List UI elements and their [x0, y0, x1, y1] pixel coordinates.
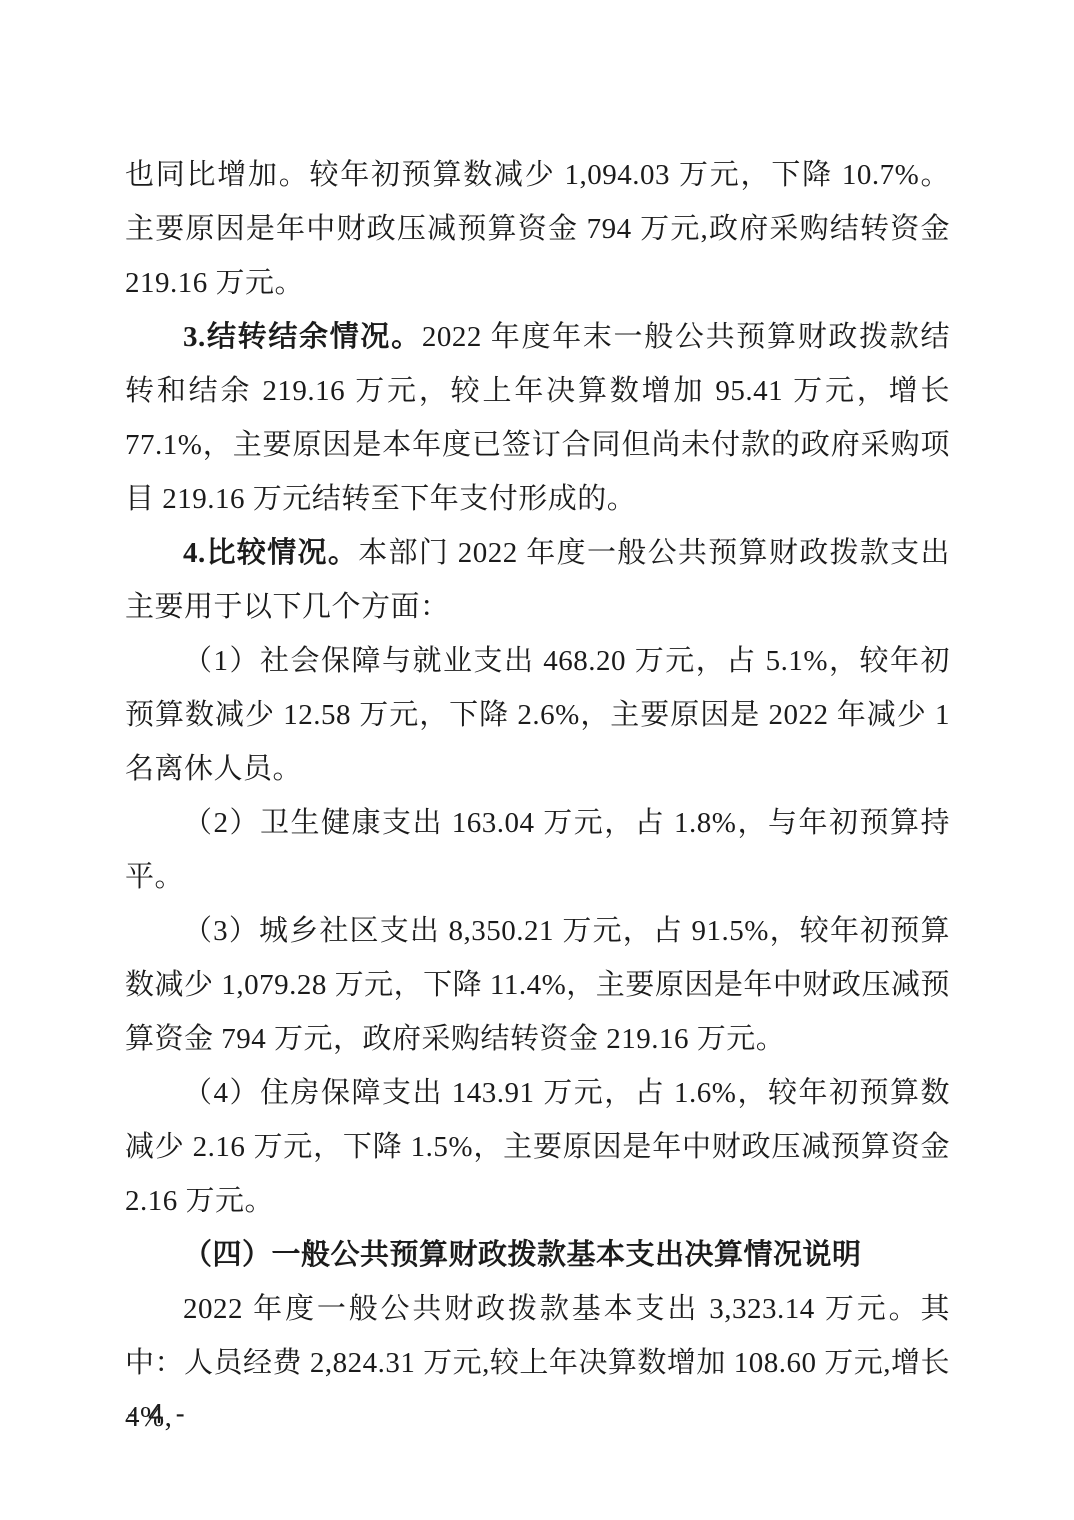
paragraph-item-4-housing-security: （4）住房保障支出 143.91 万元，占 1.6%，较年初预算数减少 2.16…	[125, 1066, 950, 1228]
paragraph-text: （2）卫生健康支出 163.04 万元，占 1.8%，与年初预算持平。	[125, 807, 950, 893]
paragraph-budget-decrease-continuation: 也同比增加。较年初预算数减少 1,094.03 万元，下降 10.7%。主要原因…	[125, 148, 950, 310]
paragraph-section-4-comparison: 4.比较情况。本部门 2022 年度一般公共预算财政拨款支出主要用于以下几个方面…	[125, 526, 950, 634]
paragraph-item-2-health: （2）卫生健康支出 163.04 万元，占 1.8%，与年初预算持平。	[125, 796, 950, 904]
paragraph-basic-expenditure-detail: 2022 年度一般公共财政拨款基本支出 3,323.14 万元。其中：人员经费 …	[125, 1282, 950, 1444]
paragraph-item-3-urban-rural-community: （3）城乡社区支出 8,350.21 万元，占 91.5%，较年初预算数减少 1…	[125, 904, 950, 1066]
paragraph-text: （4）住房保障支出 143.91 万元，占 1.6%，较年初预算数减少 2.16…	[125, 1077, 950, 1217]
document-body: 也同比增加。较年初预算数减少 1,094.03 万元，下降 10.7%。主要原因…	[0, 0, 1074, 1444]
paragraph-text: （3）城乡社区支出 8,350.21 万元，占 91.5%，较年初预算数减少 1…	[125, 915, 950, 1055]
section-3-heading: 3.结转结余情况。	[183, 321, 422, 353]
page-number: - 4 -	[127, 1398, 187, 1430]
paragraph-section-3-carryover-balance: 3.结转结余情况。2022 年度年末一般公共预算财政拨款结转和结余 219.16…	[125, 310, 950, 526]
paragraph-text: （1）社会保障与就业支出 468.20 万元，占 5.1%，较年初预算数减少 1…	[125, 645, 950, 785]
section-4-heading: 4.比较情况。	[183, 537, 358, 569]
paragraph-text: 也同比增加。较年初预算数减少 1,094.03 万元，下降 10.7%。主要原因…	[125, 159, 950, 299]
subsection-4-basic-expenditure-heading: （四）一般公共预算财政拨款基本支出决算情况说明	[125, 1228, 950, 1282]
paragraph-text: 2022 年度一般公共财政拨款基本支出 3,323.14 万元。其中：人员经费 …	[125, 1293, 950, 1433]
paragraph-item-1-social-security-employment: （1）社会保障与就业支出 468.20 万元，占 5.1%，较年初预算数减少 1…	[125, 634, 950, 796]
heading-text: （四）一般公共预算财政拨款基本支出决算情况说明	[183, 1239, 862, 1271]
document-page: 也同比增加。较年初预算数减少 1,094.03 万元，下降 10.7%。主要原因…	[0, 0, 1074, 1520]
